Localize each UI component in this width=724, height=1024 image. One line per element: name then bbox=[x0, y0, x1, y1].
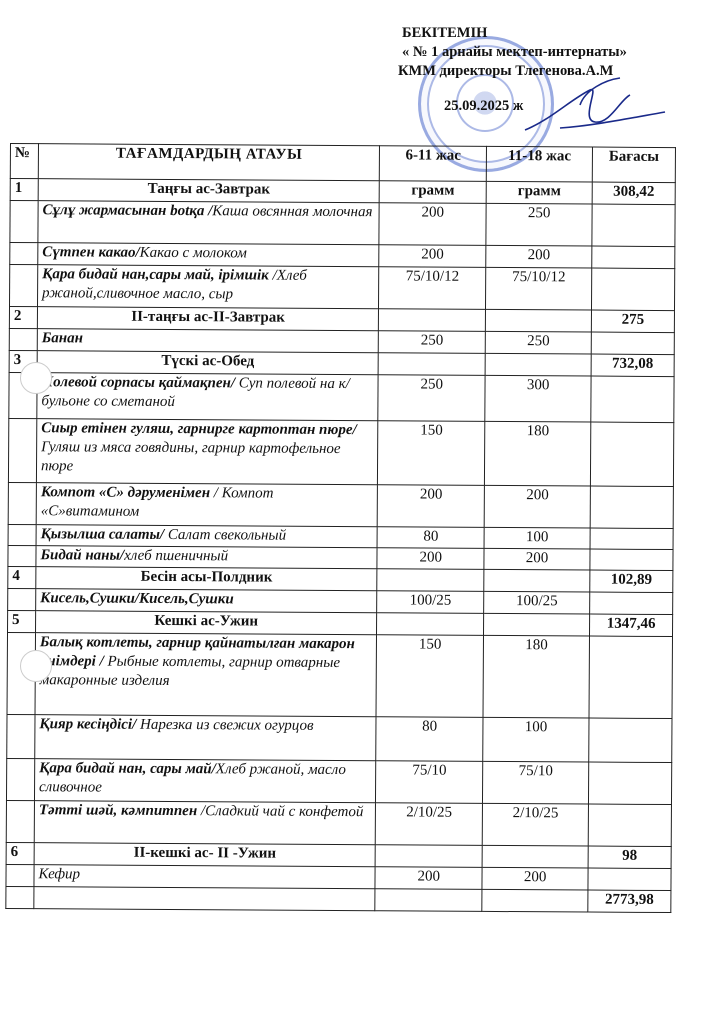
dish-name-kazakh: Қара бидай нан, сары май/ bbox=[39, 760, 216, 777]
portion-6-11: 200 bbox=[375, 867, 482, 890]
approval-director: КММ директоры Тлегенова.А.М bbox=[396, 62, 716, 81]
price-empty bbox=[590, 486, 673, 529]
total-price: 2773,98 bbox=[588, 890, 671, 913]
row-number-empty bbox=[8, 524, 36, 545]
unit-6-11 bbox=[375, 845, 482, 868]
portion-6-11: 100/25 bbox=[377, 591, 484, 614]
punch-hole bbox=[20, 650, 52, 682]
portion-11-18: 100 bbox=[484, 527, 590, 549]
portion-6-11: 2/10/25 bbox=[376, 803, 483, 846]
section-number: 5 bbox=[8, 610, 36, 632]
table-header-row: № ТАҒАМДАРДЫҢ АТАУЫ 6-11 жас 11-18 жас Б… bbox=[10, 144, 675, 183]
dish-name: Сұлұ жармасынан botқа /Каша овсянная мол… bbox=[38, 201, 380, 245]
dish-row: Балық котлеты, гарнир қайнатылған макаро… bbox=[7, 632, 672, 718]
portion-6-11: 250 bbox=[378, 375, 485, 422]
portion-11-18: 75/10/12 bbox=[486, 267, 592, 310]
portion-6-11: 250 bbox=[379, 331, 486, 354]
row-number-empty bbox=[6, 864, 34, 886]
section-title: Таңғы ас-Завтрак bbox=[38, 179, 379, 203]
portion-11-18: 180 bbox=[483, 635, 589, 718]
header-number: № bbox=[10, 144, 38, 179]
section-number: 4 bbox=[8, 566, 36, 588]
dish-name: Кефир bbox=[34, 865, 375, 889]
row-number-empty bbox=[6, 800, 34, 842]
price-empty bbox=[591, 376, 674, 423]
section-number: 1 bbox=[10, 179, 38, 201]
price-empty bbox=[590, 592, 673, 615]
price-empty bbox=[589, 762, 672, 805]
dish-row: Компот «С» дәруменімен / Компот «С»витам… bbox=[8, 482, 673, 528]
section-price: 1347,46 bbox=[590, 614, 673, 637]
dish-name: Банан bbox=[37, 329, 378, 353]
dish-name: Сүтпен какао/Какао с молоком bbox=[38, 243, 379, 267]
portion-11-18: 100/25 bbox=[484, 591, 590, 614]
dish-row: Сиыр етінен гуляш, гарнирге картоптан пю… bbox=[8, 418, 673, 486]
row-number-empty bbox=[8, 545, 36, 566]
dish-name-kazakh: Полевой сорпасы қаймақпен/ bbox=[41, 374, 235, 391]
row-number-empty bbox=[8, 588, 36, 610]
dish-name: Сиыр етінен гуляш, гарнирге картоптан пю… bbox=[36, 419, 378, 485]
punch-hole bbox=[20, 362, 52, 394]
price-empty bbox=[590, 422, 673, 487]
price-empty bbox=[591, 332, 674, 355]
portion-6-11: 75/10 bbox=[376, 761, 483, 804]
row-number-empty bbox=[8, 418, 36, 482]
section-title: Түскі ас-Обед bbox=[37, 351, 378, 375]
dish-name: Компот «С» дәруменімен / Компот «С»витам… bbox=[36, 483, 378, 527]
dish-name: Полевой сорпасы қаймақпен/ Суп полевой н… bbox=[37, 373, 379, 421]
price-empty bbox=[592, 268, 675, 311]
dish-name-kazakh: Бидай наны/ bbox=[40, 547, 124, 564]
row-number-empty bbox=[6, 758, 34, 800]
portion-6-11: 150 bbox=[376, 635, 483, 718]
dish-name-russian: Какао с молоком bbox=[140, 245, 247, 262]
portion-11-18: 250 bbox=[486, 203, 592, 246]
row-number-empty bbox=[10, 265, 38, 307]
dish-name-kazakh: Банан bbox=[42, 330, 83, 346]
dish-row: Қара бидай нан,сары май, ірімшік /Хлеб р… bbox=[10, 265, 675, 311]
section-price: 732,08 bbox=[591, 354, 674, 377]
section-number: 2 bbox=[9, 307, 37, 329]
dish-name-kazakh: Қияр кесіңдісі/ bbox=[39, 716, 136, 733]
dish-name-kazakh: Тәтті шәй, кәмпитпен bbox=[39, 802, 201, 819]
section-title: ІІ-таңғы ас-ІІ-Завтрак bbox=[37, 307, 378, 331]
dish-name: Тәтті шәй, кәмпитпен /Сладкий чай с конф… bbox=[34, 801, 376, 845]
dish-name-kazakh: Кисель,Сушки/Кисель,Сушки bbox=[40, 590, 234, 607]
unit-11-18 bbox=[486, 309, 592, 332]
section-title: ІІ-кешкі ас- ІІ -Ужин bbox=[34, 843, 375, 867]
portion-11-18: 180 bbox=[485, 421, 591, 486]
unit-11-18 bbox=[484, 613, 590, 636]
unit-11-18: грамм bbox=[486, 181, 592, 204]
portion-6-11: 200 bbox=[377, 485, 484, 528]
dish-row: Полевой сорпасы қаймақпен/ Суп полевой н… bbox=[9, 372, 674, 422]
section-price: 102,89 bbox=[590, 570, 673, 593]
approval-date: 25.09.2025 ж bbox=[396, 97, 716, 116]
section-price: 275 bbox=[591, 310, 674, 333]
price-empty bbox=[589, 636, 672, 719]
dish-name: Балық котлеты, гарнир қайнатылған макаро… bbox=[35, 633, 377, 717]
section-price: 98 bbox=[588, 846, 671, 869]
portion-11-18: 200 bbox=[484, 548, 590, 570]
portion-11-18: 200 bbox=[486, 245, 592, 268]
price-empty bbox=[588, 868, 671, 891]
portion-11-18: 200 bbox=[484, 485, 590, 528]
portion-11-18: 300 bbox=[485, 375, 591, 422]
approval-title: БЕКІТЕМІН bbox=[396, 24, 716, 43]
dish-name: Бидай наны/хлеб пшеничный bbox=[36, 546, 377, 569]
dish-name-russian: /Сладкий чай с конфетой bbox=[201, 803, 364, 820]
dish-row: Сұлұ жармасынан botқа /Каша овсянная мол… bbox=[10, 201, 675, 247]
total-empty bbox=[34, 887, 375, 911]
dish-name-russian: Каша овсянная молочная bbox=[212, 203, 372, 220]
unit-6-11 bbox=[377, 613, 484, 636]
approval-block: БЕКІТЕМІН « № 1 арнайы мектеп-интернаты»… bbox=[396, 24, 716, 116]
dish-name-kazakh: Сұлұ жармасынан botқа / bbox=[43, 202, 213, 219]
price-empty bbox=[588, 804, 671, 847]
portion-6-11: 80 bbox=[377, 527, 484, 549]
dish-name: Қызылша салаты/ Салат свекольный bbox=[36, 525, 377, 548]
header-dish-name: ТАҒАМДАРДЫҢ АТАУЫ bbox=[38, 144, 380, 181]
portion-6-11: 80 bbox=[376, 717, 483, 762]
dish-name-kazakh: Сүтпен какао/ bbox=[42, 244, 139, 261]
row-number-empty bbox=[10, 201, 38, 243]
dish-name-kazakh: Қара бидай нан,сары май, ірімшік bbox=[42, 266, 272, 283]
portion-6-11: 200 bbox=[377, 548, 484, 570]
dish-name-russian: Салат свекольный bbox=[164, 527, 286, 544]
dish-row: Тәтті шәй, кәмпитпен /Сладкий чай с конф… bbox=[6, 800, 671, 846]
portion-6-11: 150 bbox=[378, 421, 485, 486]
portion-11-18: 100 bbox=[483, 717, 589, 762]
unit-11-18 bbox=[484, 569, 590, 592]
unit-6-11 bbox=[378, 353, 485, 376]
price-empty bbox=[590, 528, 673, 550]
portion-6-11: 200 bbox=[379, 203, 486, 246]
total-empty bbox=[375, 889, 482, 912]
row-number-empty bbox=[8, 482, 36, 524]
unit-6-11 bbox=[379, 309, 486, 332]
approval-organization: « № 1 арнайы мектеп-интернаты» bbox=[396, 43, 716, 62]
portion-6-11: 75/10/12 bbox=[379, 267, 486, 310]
portion-11-18: 200 bbox=[482, 867, 588, 890]
dish-name-kazakh: Қызылша салаты/ bbox=[41, 526, 165, 543]
dish-row: Қара бидай нан, сары май/Хлеб ржаной, ма… bbox=[6, 758, 671, 804]
dish-row: Қияр кесіңдісі/ Нарезка из свежих огурцо… bbox=[7, 714, 672, 762]
section-price: 308,42 bbox=[592, 182, 675, 205]
row-number-empty bbox=[10, 243, 38, 265]
dish-name: Қара бидай нан, сары май/Хлеб ржаной, ма… bbox=[34, 759, 376, 803]
dish-name-russian: Гуляш из мяса говядины, гарнир картофель… bbox=[41, 439, 341, 474]
header-age-6-11: 6-11 жас bbox=[380, 146, 487, 182]
header-age-11-18: 11-18 жас bbox=[486, 146, 592, 182]
dish-name-russian: хлеб пшеничный bbox=[124, 548, 228, 565]
dish-name-russian: Кефир bbox=[38, 866, 80, 882]
dish-name: Қияр кесіңдісі/ Нарезка из свежих огурцо… bbox=[35, 715, 377, 761]
dish-name: Кисель,Сушки/Кисель,Сушки bbox=[36, 589, 377, 613]
dish-name-russian: Нарезка из свежих огурцов bbox=[136, 717, 313, 734]
menu-body: 1Таңғы ас-Завтракграммграмм308,42Сұлұ жа… bbox=[6, 179, 675, 913]
dish-name-kazakh: Сиыр етінен гуляш, гарнирге картоптан пю… bbox=[41, 420, 357, 438]
price-empty bbox=[592, 246, 675, 269]
portion-11-18: 250 bbox=[485, 331, 591, 354]
portion-6-11: 200 bbox=[379, 245, 486, 268]
total-row: 2773,98 bbox=[6, 886, 671, 912]
dish-name-kazakh: Компот «С» дәруменімен bbox=[41, 484, 210, 501]
total-empty bbox=[482, 889, 588, 912]
unit-6-11 bbox=[377, 569, 484, 592]
price-empty bbox=[589, 718, 672, 763]
dish-name: Қара бидай нан,сары май, ірімшік /Хлеб р… bbox=[37, 265, 379, 309]
portion-11-18: 75/10 bbox=[483, 761, 589, 804]
unit-11-18 bbox=[485, 353, 591, 376]
portion-11-18: 2/10/25 bbox=[482, 803, 588, 846]
total-empty bbox=[6, 886, 34, 908]
price-empty bbox=[592, 204, 675, 247]
section-number: 6 bbox=[6, 842, 34, 864]
unit-11-18 bbox=[482, 845, 588, 868]
menu-table: № ТАҒАМДАРДЫҢ АТАУЫ 6-11 жас 11-18 жас Б… bbox=[5, 143, 676, 913]
header-price: Бағасы bbox=[592, 147, 675, 183]
price-empty bbox=[590, 549, 673, 571]
unit-6-11: грамм bbox=[379, 181, 486, 204]
row-number-empty bbox=[9, 328, 37, 350]
section-title: Бесін асы-Полдник bbox=[36, 567, 377, 591]
section-title: Кешкі ас-Ужин bbox=[35, 611, 376, 635]
row-number-empty bbox=[7, 714, 35, 758]
